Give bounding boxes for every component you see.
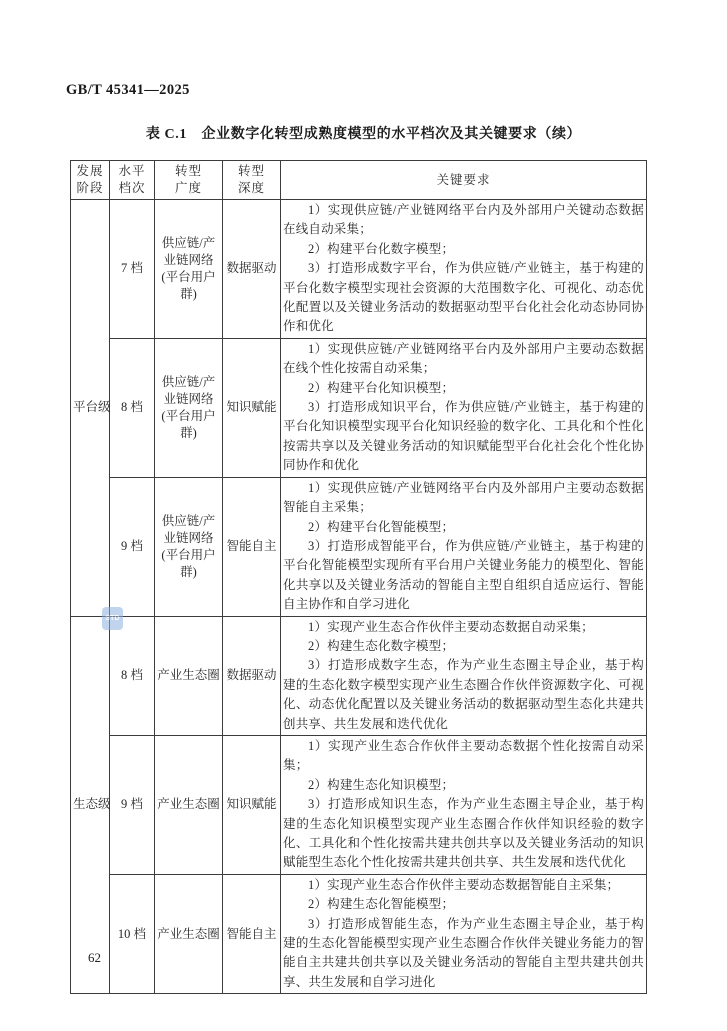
stage-platform-cell: 平台级	[71, 200, 110, 617]
document-page: GB/T 45341—2025 表 C.1 企业数字化转型成熟度模型的水平档次及…	[0, 0, 727, 1031]
requirements-cell: 1）实现供应链/产业链网络平台内及外部用户主要动态数据智能自主采集； 2）构建平…	[281, 477, 647, 616]
level-cell: 8 档	[110, 338, 155, 477]
stage-ecosystem-cell: 生态级	[71, 616, 110, 994]
table-row: 8 档 供应链/产业链网络(平台用户群) 知识赋能 1）实现供应链/产业链网络平…	[71, 338, 647, 477]
header-breadth: 转型 广度	[155, 161, 223, 200]
header-stage: 发展 阶段	[71, 161, 110, 200]
breadth-cell: 供应链/产业链网络(平台用户群)	[155, 338, 223, 477]
table-row: 平台级 7 档 供应链/产业链网络(平台用户群) 数据驱动 1）实现供应链/产业…	[71, 200, 647, 339]
requirement-item: 3）打造形成数字生态，作为产业生态圈主导企业，基于构建的生态化数字模型实现产业生…	[283, 656, 644, 734]
breadth-cell: 产业生态圈	[155, 874, 223, 993]
maturity-table: 发展 阶段 水平 档次 转型 广度 转型 深度 关键要求 平台级 7 档 供应链…	[70, 160, 647, 994]
breadth-cell: 产业生态圈	[155, 735, 223, 874]
requirement-item: 1）实现供应链/产业链网络平台内及外部用户主要动态数据智能自主采集；	[283, 479, 644, 518]
requirement-item: 3）打造形成知识平台，作为供应链/产业链主，基于构建的平台化知识模型实现平台化知…	[283, 398, 644, 476]
requirement-item: 1）实现产业生态合作伙伴主要动态数据自动采集；	[283, 618, 644, 637]
breadth-cell: 产业生态圈	[155, 616, 223, 735]
requirement-item: 1）实现供应链/产业链网络平台内及外部用户关键动态数据在线自动采集；	[283, 201, 644, 240]
table-row: 9 档 产业生态圈 知识赋能 1）实现产业生态合作伙伴主要动态数据个性化按需自动…	[71, 735, 647, 874]
requirements-cell: 1）实现供应链/产业链网络平台内及外部用户关键动态数据在线自动采集； 2）构建平…	[281, 200, 647, 339]
table-title: 表 C.1 企业数字化转型成熟度模型的水平档次及其关键要求（续）	[0, 123, 727, 143]
depth-cell: 数据驱动	[223, 200, 281, 339]
level-cell: 8 档	[110, 616, 155, 735]
requirement-item: 2）构建生态化数字模型；	[283, 637, 644, 656]
requirement-item: 2）构建生态化知识模型；	[283, 776, 644, 795]
scan-watermark-logo: STD	[102, 607, 123, 630]
header-depth: 转型 深度	[223, 161, 281, 200]
requirements-cell: 1）实现供应链/产业链网络平台内及外部用户主要动态数据在线个性化按需自动采集； …	[281, 338, 647, 477]
requirement-item: 2）构建生态化智能模型；	[283, 895, 644, 914]
standard-number: GB/T 45341—2025	[66, 82, 190, 99]
level-cell: 7 档	[110, 200, 155, 339]
header-level: 水平 档次	[110, 161, 155, 200]
requirement-item: 1）实现产业生态合作伙伴主要动态数据个性化按需自动采集；	[283, 737, 644, 776]
requirement-item: 1）实现产业生态合作伙伴主要动态数据智能自主采集；	[283, 876, 644, 895]
requirements-cell: 1）实现产业生态合作伙伴主要动态数据智能自主采集； 2）构建生态化智能模型； 3…	[281, 874, 647, 993]
level-cell: 10 档	[110, 874, 155, 993]
level-cell: 9 档	[110, 477, 155, 616]
requirement-item: 2）构建平台化数字模型；	[283, 240, 644, 259]
requirement-item: 3）打造形成智能生态，作为产业生态圈主导企业，基于构建的生态化智能模型实现产业生…	[283, 915, 644, 993]
header-requirements: 关键要求	[281, 161, 647, 200]
requirement-item: 3）打造形成数字平台，作为供应链/产业链主，基于构建的平台化数字模型实现社会资源…	[283, 259, 644, 337]
requirement-item: 2）构建平台化智能模型；	[283, 518, 644, 537]
requirement-item: 3）打造形成知识生态，作为产业生态圈主导企业，基于构建的生态化知识模型实现产业生…	[283, 795, 644, 873]
table-row: 9 档 供应链/产业链网络(平台用户群) 智能自主 1）实现供应链/产业链网络平…	[71, 477, 647, 616]
depth-cell: 数据驱动	[223, 616, 281, 735]
depth-cell: 知识赋能	[223, 338, 281, 477]
breadth-cell: 供应链/产业链网络(平台用户群)	[155, 477, 223, 616]
table-row: 10 档 产业生态圈 智能自主 1）实现产业生态合作伙伴主要动态数据智能自主采集…	[71, 874, 647, 993]
requirements-cell: 1）实现产业生态合作伙伴主要动态数据个性化按需自动采集； 2）构建生态化知识模型…	[281, 735, 647, 874]
depth-cell: 智能自主	[223, 874, 281, 993]
requirement-item: 2）构建平台化知识模型；	[283, 379, 644, 398]
depth-cell: 知识赋能	[223, 735, 281, 874]
level-cell: 9 档	[110, 735, 155, 874]
table-row: 生态级 8 档 产业生态圈 数据驱动 1）实现产业生态合作伙伴主要动态数据自动采…	[71, 616, 647, 735]
requirement-item: 3）打造形成智能平台，作为供应链/产业链主，基于构建的平台化智能模型实现所有平台…	[283, 537, 644, 615]
table-header-row: 发展 阶段 水平 档次 转型 广度 转型 深度 关键要求	[71, 161, 647, 200]
requirement-item: 1）实现供应链/产业链网络平台内及外部用户主要动态数据在线个性化按需自动采集；	[283, 340, 644, 379]
depth-cell: 智能自主	[223, 477, 281, 616]
breadth-cell: 供应链/产业链网络(平台用户群)	[155, 200, 223, 339]
requirements-cell: 1）实现产业生态合作伙伴主要动态数据自动采集； 2）构建生态化数字模型； 3）打…	[281, 616, 647, 735]
page-number: 62	[88, 950, 101, 966]
